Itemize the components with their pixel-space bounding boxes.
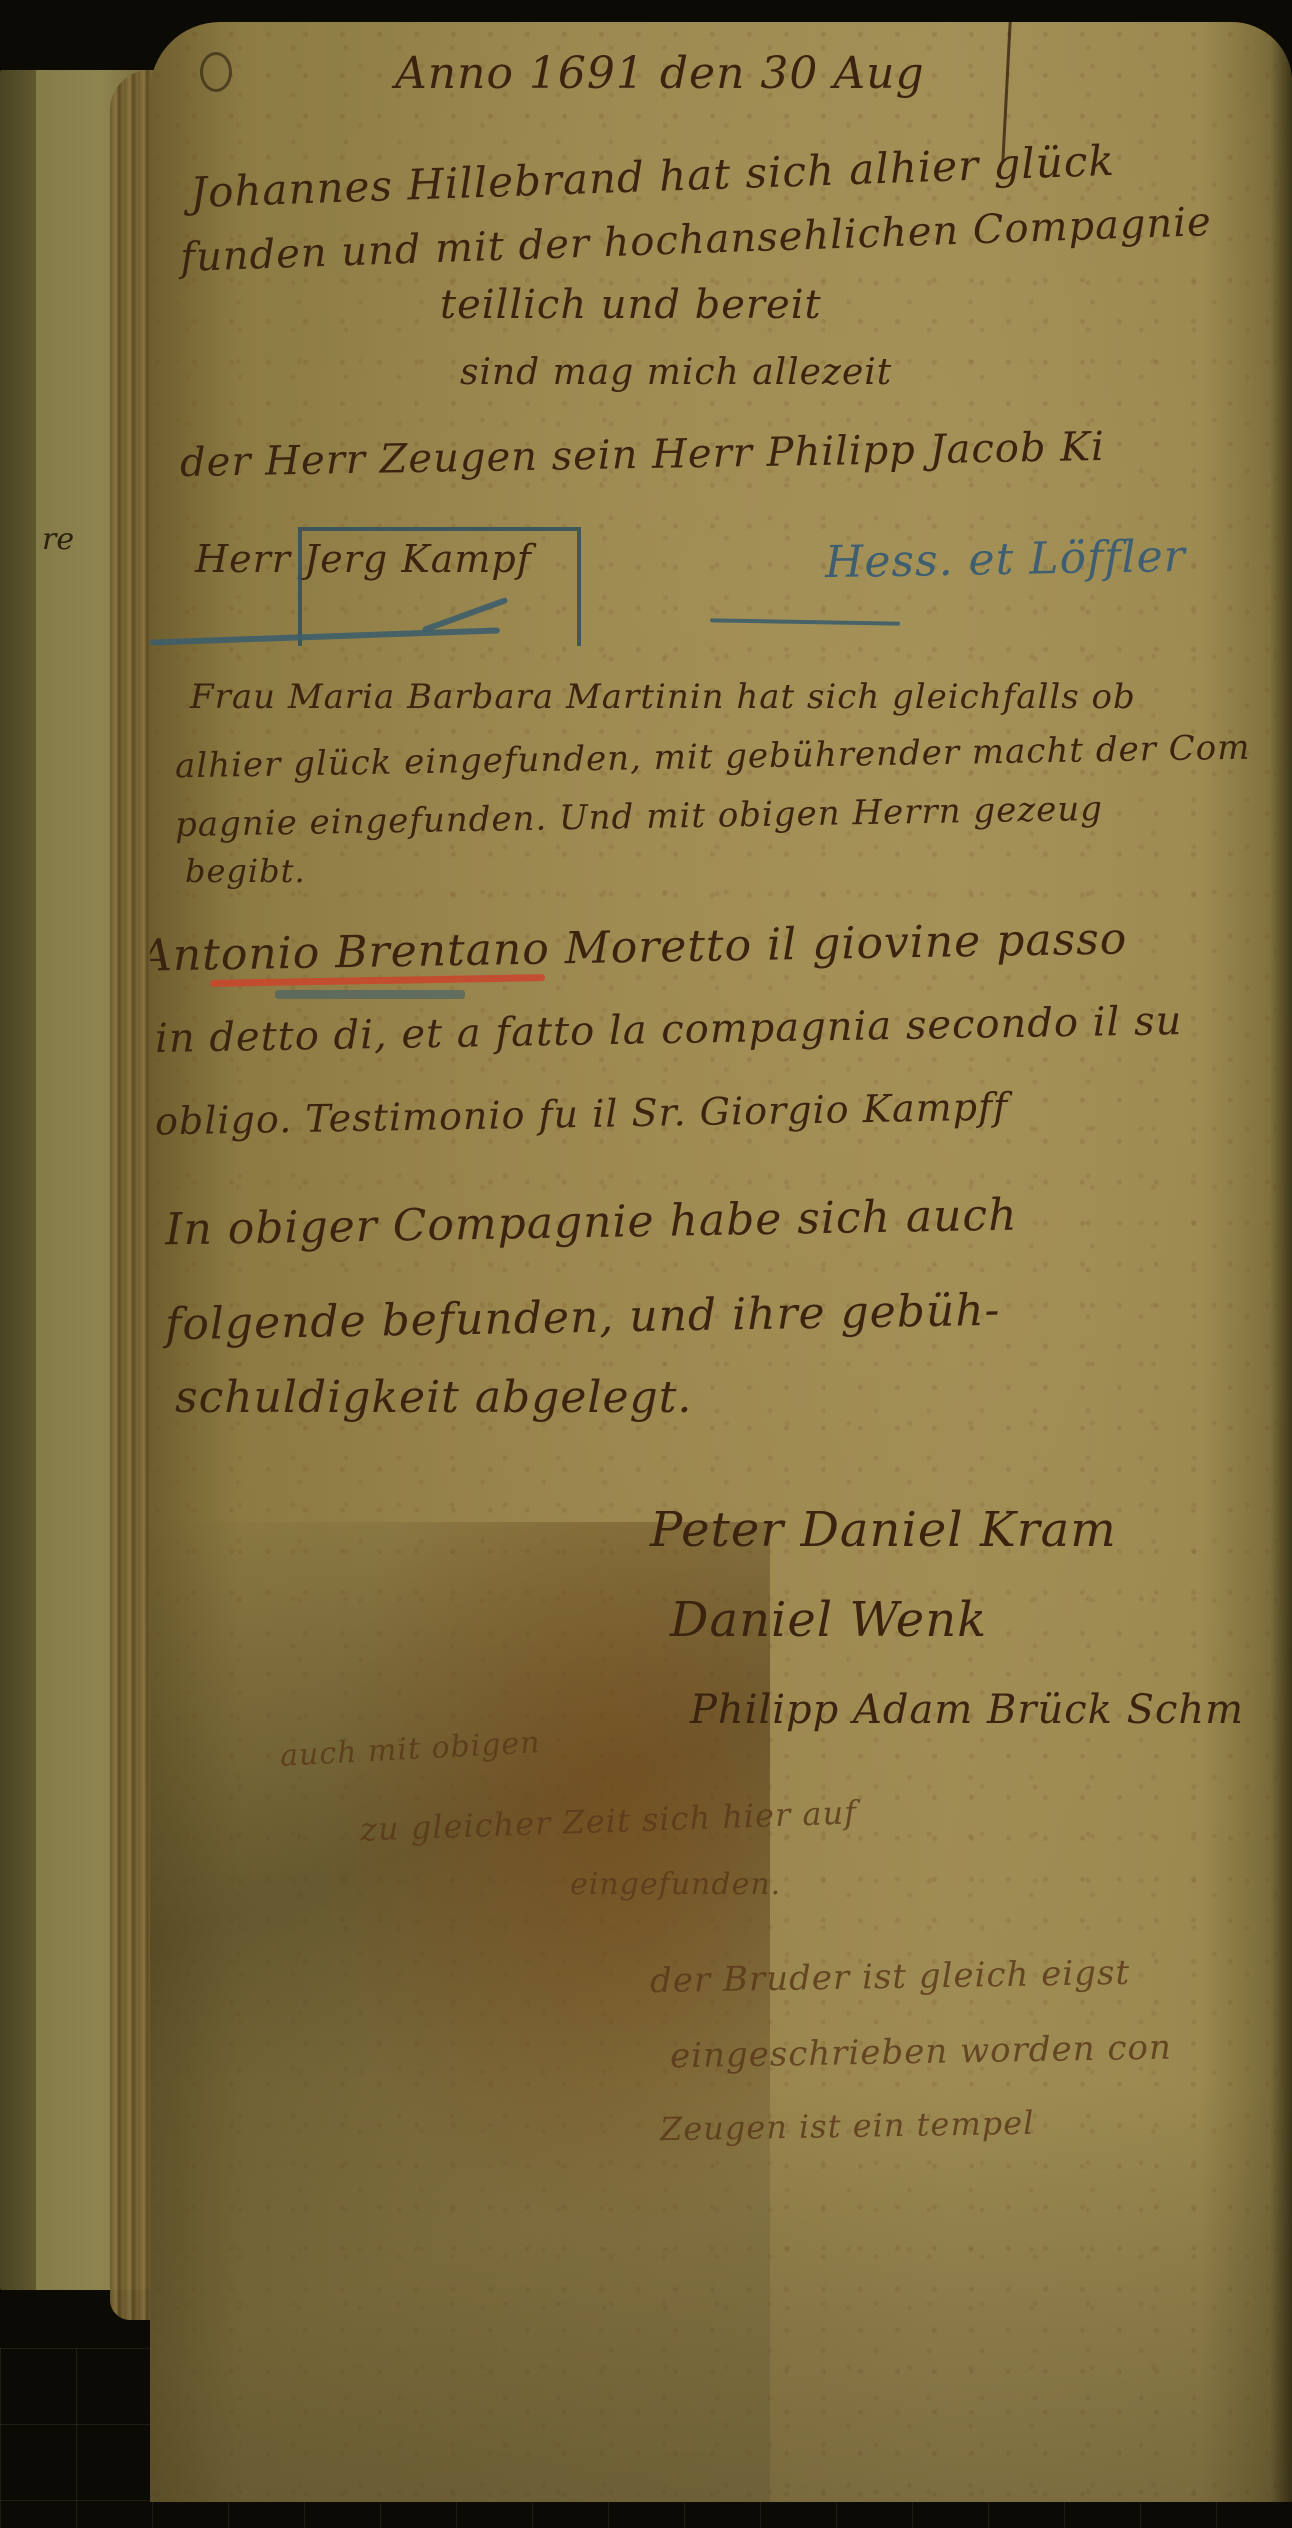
entry-3-line-2: in detto di, et a fatto la compagnia sec… xyxy=(155,998,1183,1062)
entry-1-line-1: Johannes Hillebrand hat sich alhier glüc… xyxy=(189,136,1115,217)
entry-7-line-1: der Bruder ist gleich eigst xyxy=(650,1953,1131,2001)
blue-underline-2 xyxy=(710,618,900,625)
entry-4-line-3: schuldigkeit abgelegt. xyxy=(175,1372,692,1423)
blue-box-mark xyxy=(298,527,581,646)
entry-4-line-1: In obiger Compagnie habe sich auch xyxy=(165,1190,1018,1256)
name-2: Daniel Wenk xyxy=(670,1592,987,1648)
margin-note: re xyxy=(42,522,74,557)
blue-annotation: Hess. et Löffler xyxy=(825,531,1187,588)
entry-date-header: Anno 1691 den 30 Aug xyxy=(395,48,925,99)
manuscript-page: Anno 1691 den 30 Aug Johannes Hillebrand… xyxy=(150,22,1292,2502)
entry-1-line-3: teillich und bereit xyxy=(440,282,822,328)
entry-7-line-2: eingeschrieben worden con xyxy=(670,2028,1172,2077)
grey-underline xyxy=(275,990,465,999)
entry-2-line-3: pagnie eingefunden. Und mit obigen Herrn… xyxy=(175,789,1104,845)
entry-4-line-2: folgende befunden, und ihre gebüh- xyxy=(165,1285,1001,1351)
entry-2-line-4: begibt. xyxy=(185,852,306,890)
entry-1-line-5: der Herr Zeugen sein Herr Philipp Jacob … xyxy=(180,424,1106,486)
name-1: Peter Daniel Kram xyxy=(650,1502,1117,1558)
entry-6-line-3: eingefunden. xyxy=(570,1867,781,1902)
name-3: Philipp Adam Brück Schm xyxy=(690,1687,1244,1733)
corner-mark-icon xyxy=(200,52,232,92)
right-edge-shadow xyxy=(1270,22,1292,2502)
entry-2-line-1: Frau Maria Barbara Martinin hat sich gle… xyxy=(190,677,1136,717)
entry-1-line-4: sind mag mich allezeit xyxy=(460,352,892,393)
entry-7-line-3: Zeugen ist ein tempel xyxy=(660,2104,1035,2149)
entry-3-line-1: Antonio Brentano Moretto il giovine pass… xyxy=(150,913,1128,981)
entry-2-line-2: alhier glück eingefunden, mit gebührende… xyxy=(175,728,1251,787)
entry-3-line-3: obligo. Testimonio fu il Sr. Giorgio Kam… xyxy=(155,1085,1009,1144)
